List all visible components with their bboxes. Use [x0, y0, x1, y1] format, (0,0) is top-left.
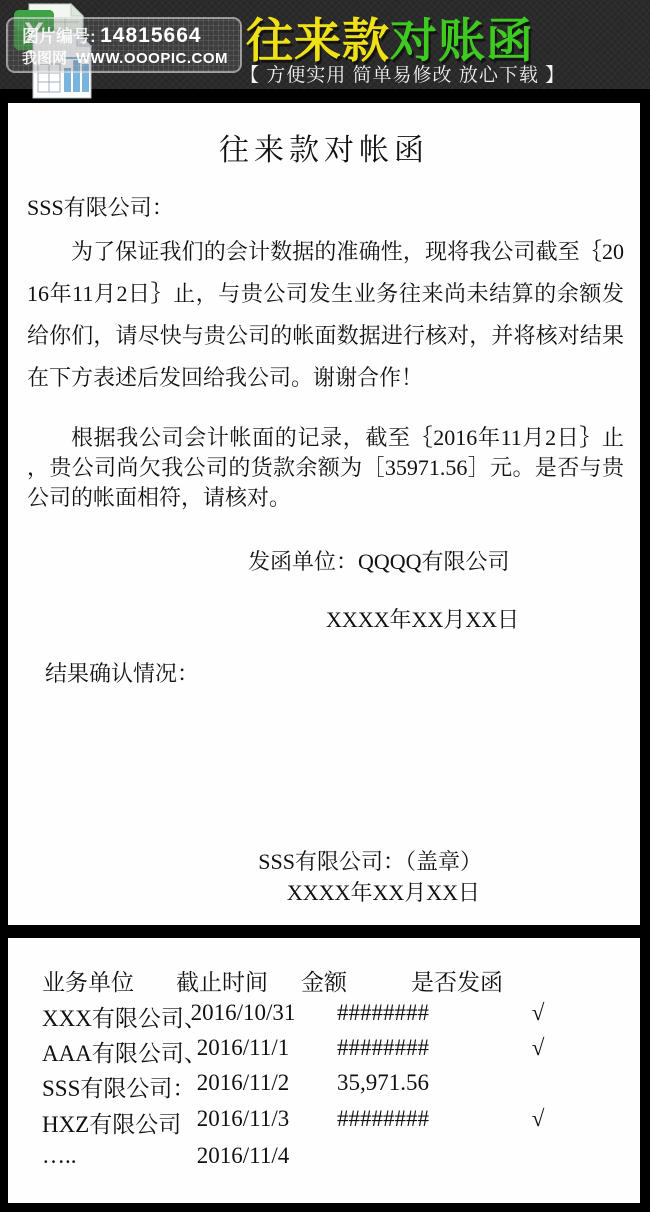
letter-sender-date: XXXX年XX月XX日: [326, 603, 519, 634]
column-header-letter-sent: 是否发函: [411, 964, 561, 997]
result-confirmation-label: 结果确认情况：: [45, 657, 199, 688]
screenshot-root: X 图片编号: 14815664: [0, 0, 650, 1212]
table-row: SSS有限公司： 2016/11/2 35,971.56: [8, 1070, 640, 1104]
table-row: XXX有限公司、 2016/10/31 ######## √: [8, 1000, 640, 1034]
table-header-row: 业务单位 截止时间 金额 是否发函: [8, 964, 640, 998]
watermark-site-name: 我图网: [22, 50, 67, 67]
cell-letter-sent-checkmark: √: [463, 1035, 613, 1061]
cell-letter-sent-checkmark: √: [463, 1000, 613, 1026]
cell-cutoff-date: 2016/11/4: [173, 1143, 313, 1169]
cell-amount: 35,971.56: [303, 1070, 463, 1096]
reconciliation-table: 业务单位 截止时间 金额 是否发函 XXX有限公司、 2016/10/31 ##…: [8, 938, 640, 1203]
table-row: HXZ有限公司 2016/11/3 ######## √: [8, 1106, 640, 1140]
cell-amount: ########: [303, 1035, 463, 1061]
banner-subtitle: 【 方便实用 简单易修改 放心下载 】: [240, 60, 530, 87]
watermark-id-label: 图片编号:: [22, 27, 96, 46]
cell-amount: ########: [303, 1000, 463, 1026]
letter-paragraph-1: 为了保证我们的会计数据的准确性，现将我公司截至｛2016年11月2日｝止，与贵公…: [27, 231, 624, 399]
cell-cutoff-date: 2016/10/31: [173, 1000, 313, 1026]
table-row: AAA有限公司、 2016/11/1 ######## √: [8, 1035, 640, 1069]
cell-cutoff-date: 2016/11/1: [173, 1035, 313, 1061]
letter-page: 往来款对帐函 SSS有限公司： 为了保证我们的会计数据的准确性，现将我公司截至｛…: [8, 103, 640, 925]
letter-signature: SSS有限公司：（盖章）: [258, 845, 482, 876]
cell-letter-sent-checkmark: √: [463, 1106, 613, 1132]
watermark-id-value: 14815664: [100, 24, 201, 47]
watermark: 图片编号: 14815664 我图网WWW.OOOPIC.COM: [6, 17, 242, 73]
letter-paragraph-2: 根据我公司会计帐面的记录，截至｛2016年11月2日｝止，贵公司尚欠我公司的货款…: [27, 423, 624, 513]
column-header-cutoff-date: 截止时间: [176, 964, 316, 997]
letter-sender: 发函单位：QQQQ有限公司: [248, 545, 510, 576]
promo-banner: X 图片编号: 14815664: [0, 0, 650, 103]
table-row: ….. 2016/11/4: [8, 1143, 640, 1177]
cell-amount: ########: [303, 1106, 463, 1132]
cell-cutoff-date: 2016/11/2: [173, 1070, 313, 1096]
letter-title: 往来款对帐函: [8, 125, 640, 169]
watermark-site-url: WWW.OOOPIC.COM: [76, 50, 228, 67]
watermark-site: 我图网WWW.OOOPIC.COM: [22, 47, 228, 68]
letter-recipient: SSS有限公司：: [27, 191, 174, 222]
letter-signature-date: XXXX年XX月XX日: [287, 876, 480, 907]
cell-cutoff-date: 2016/11/3: [173, 1106, 313, 1132]
watermark-image-id: 图片编号: 14815664: [22, 22, 202, 48]
